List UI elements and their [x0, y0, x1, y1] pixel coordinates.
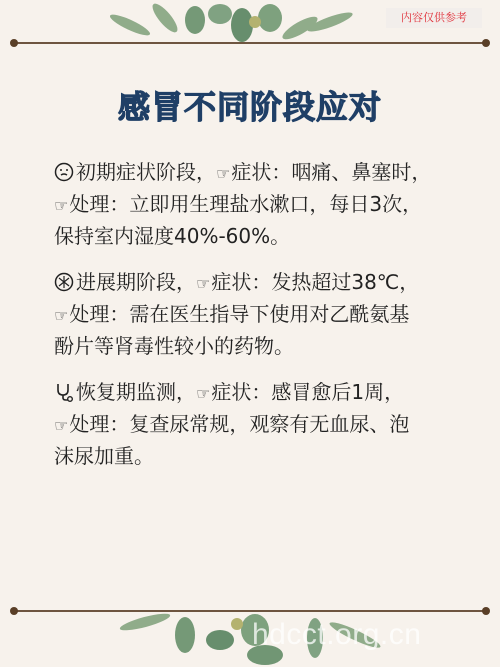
treatment-text-cont: 保持室内湿度40%-60%。	[54, 224, 290, 248]
treatment-text-cont: 沫尿加重。	[54, 444, 154, 468]
symptom-text: 症状：咽痛、鼻塞时，	[231, 160, 431, 184]
section-line: 初期症状阶段，☞症状：咽痛、鼻塞时，	[54, 157, 474, 189]
symptom-text: 症状：发热超过38℃，	[211, 270, 419, 294]
section-line: ☞处理：立即用生理盐水漱口，每日3次，	[54, 189, 474, 221]
stethoscope-icon	[54, 382, 74, 402]
treatment-text: 处理：复查尿常规，观察有无血尿、泡	[69, 412, 409, 436]
pointing-hand-icon: ☞	[216, 164, 230, 183]
pointing-hand-icon: ☞	[54, 306, 68, 325]
stage-label: 恢复期监测，	[76, 380, 196, 404]
page: 内容仅供参考 感冒不同阶段应对 初期症状阶段，☞症状：咽痛、鼻塞时， ☞处理：立…	[0, 0, 500, 667]
pointing-hand-icon: ☞	[196, 274, 210, 293]
pointing-hand-icon: ☞	[54, 416, 68, 435]
section-early-stage: 初期症状阶段，☞症状：咽痛、鼻塞时， ☞处理：立即用生理盐水漱口，每日3次， 保…	[54, 157, 474, 251]
treatment-text-cont: 酚片等肾毒性较小的药物。	[54, 334, 294, 358]
sick-face-icon	[54, 162, 74, 182]
stage-label: 初期症状阶段，	[76, 160, 216, 184]
pointing-hand-icon: ☞	[196, 384, 210, 403]
page-title: 感冒不同阶段应对	[0, 82, 500, 128]
watermark: hdcct.org.cn	[252, 618, 421, 652]
eucalyptus-decoration-top	[110, 0, 370, 46]
stage-label: 进展期阶段，	[76, 270, 196, 294]
treatment-text: 处理：需在医生指导下使用对乙酰氨基	[69, 302, 409, 326]
section-line: 保持室内湿度40%-60%。	[54, 221, 474, 251]
fever-face-icon	[54, 272, 74, 292]
section-line: 恢复期监测，☞症状：感冒愈后1周，	[54, 377, 474, 409]
section-progression-stage: 进展期阶段，☞症状：发热超过38℃， ☞处理：需在医生指导下使用对乙酰氨基 酚片…	[54, 267, 474, 361]
symptom-text: 症状：感冒愈后1周，	[211, 380, 404, 404]
section-line: ☞处理：需在医生指导下使用对乙酰氨基	[54, 299, 474, 331]
pointing-hand-icon: ☞	[54, 196, 68, 215]
disclaimer-badge: 内容仅供参考	[386, 8, 482, 28]
section-line: 酚片等肾毒性较小的药物。	[54, 331, 474, 361]
top-divider	[14, 42, 486, 44]
section-line: 沫尿加重。	[54, 441, 474, 471]
treatment-text: 处理：立即用生理盐水漱口，每日3次，	[69, 192, 422, 216]
section-line: 进展期阶段，☞症状：发热超过38℃，	[54, 267, 474, 299]
section-recovery-stage: 恢复期监测，☞症状：感冒愈后1周， ☞处理：复查尿常规，观察有无血尿、泡 沫尿加…	[54, 377, 474, 471]
section-line: ☞处理：复查尿常规，观察有无血尿、泡	[54, 409, 474, 441]
